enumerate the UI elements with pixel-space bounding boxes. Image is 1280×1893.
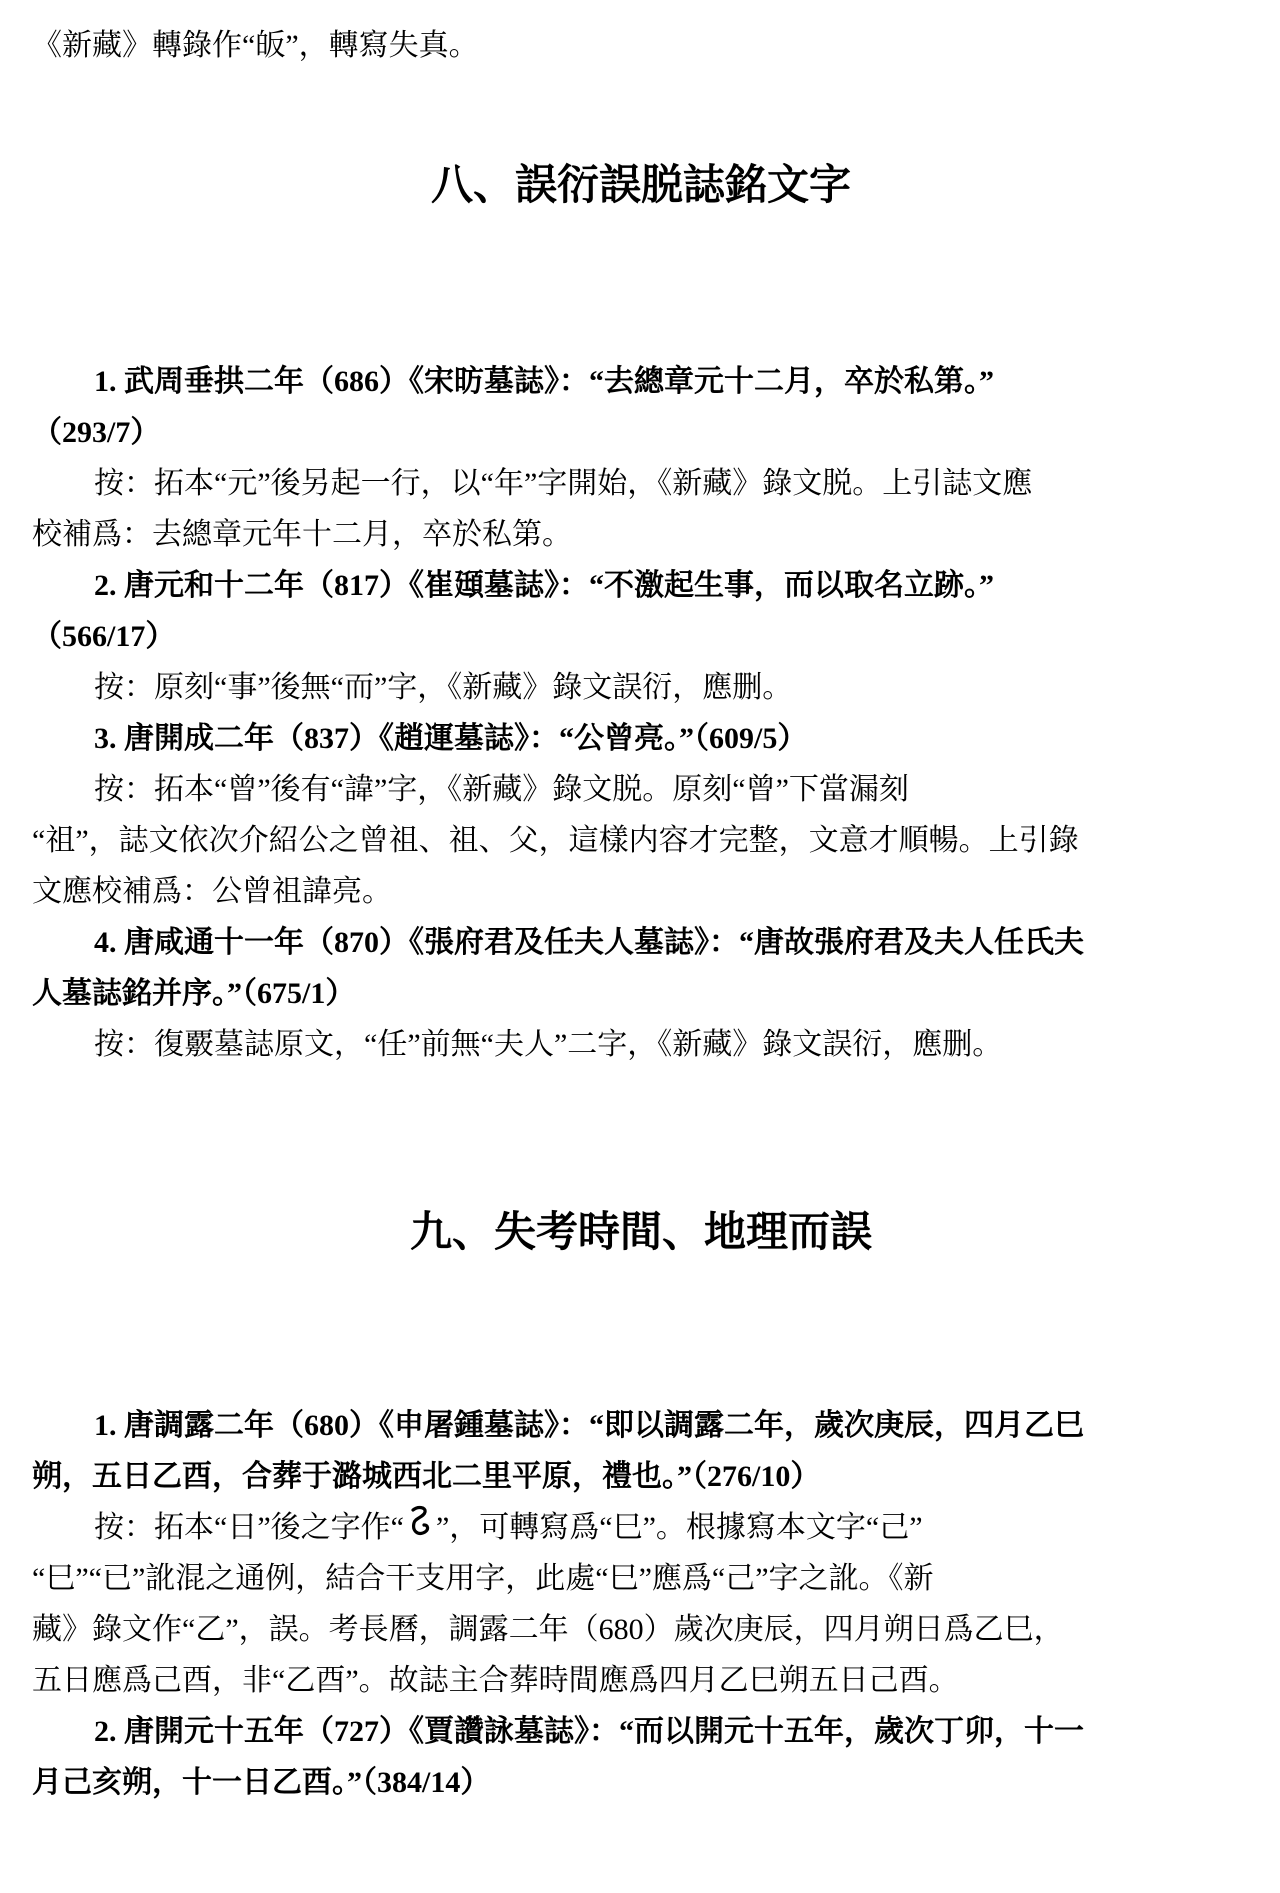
entry-4-note-paragraph: 按：復覈墓誌原文，“任”前無“夫人”二字，《新藏》錄文誤衍，應删。	[32, 1019, 1250, 1070]
text-line: 按：拓本“曾”後有“諱”字，《新藏》錄文脱。原刻“曾”下當漏刻	[32, 764, 1250, 815]
glyph-line-post: ”，可轉寫爲“巳”。根據寫本文字“己”	[436, 1511, 923, 1544]
text-line: 朔，五日乙酉，合葬于潞城西北二里平原，禮也。”（276/10）	[32, 1451, 1250, 1502]
section-9-heading: 九、失考時間、地理而誤	[32, 1207, 1250, 1260]
entry-1-note-paragraph: 按：拓本“元”後另起一行，以“年”字開始，《新藏》錄文脱。上引誌文應 校補爲：去…	[32, 458, 1250, 560]
glyph-line-pre: 按：拓本“日”後之字作“	[94, 1511, 404, 1544]
entry-3-note-paragraph: 按：拓本“曾”後有“諱”字，《新藏》錄文脱。原刻“曾”下當漏刻 “祖”，誌文依次…	[32, 764, 1250, 917]
text-line: 2. 唐開元十五年（727）《賈讚詠墓誌》：“而以開元十五年，歲次丁卯，十一	[32, 1706, 1250, 1757]
text-line: （566/17）	[32, 611, 1250, 662]
text-line: 3. 唐開成二年（837）《趙運墓誌》：“公曾亮。”（609/5）	[32, 713, 1250, 764]
text-line: “祖”，誌文依次介紹公之曾祖、祖、父，這樣内容才完整，文意才順暢。上引錄	[32, 815, 1250, 866]
entry-4-paragraph: 4. 唐咸通十一年（870）《張府君及任夫人墓誌》：“唐故張府君及夫人任氏夫 人…	[32, 917, 1250, 1019]
document-page: 《新藏》轉錄作“皈”，轉寫失真。 八、誤衍誤脱誌銘文字 1. 武周垂拱二年（68…	[0, 0, 1280, 1893]
text-line: 1. 武周垂拱二年（686）《宋昉墓誌》：“去總章元十二月，卒於私第。”	[32, 356, 1250, 407]
text-line: 4. 唐咸通十一年（870）《張府君及任夫人墓誌》：“唐故張府君及夫人任氏夫	[32, 917, 1250, 968]
entry-2-note-paragraph: 按：原刻“事”後無“而”字，《新藏》錄文誤衍，應删。	[32, 662, 1250, 713]
text-line: 校補爲：去總章元年十二月，卒於私第。	[32, 509, 1250, 560]
entry-2-paragraph: 2. 唐元和十二年（817）《崔頲墓誌》：“不激起生事，而以取名立跡。” （56…	[32, 560, 1250, 662]
section-8-heading: 八、誤衍誤脱誌銘文字	[32, 160, 1250, 213]
cursive-si-glyph	[404, 1504, 436, 1544]
entry-1-note-paragraph-sec9: 按：拓本“日”後之字作“”，可轉寫爲“巳”。根據寫本文字“己” “巳”“已”訛混…	[32, 1502, 1250, 1706]
entry-3-paragraph: 3. 唐開成二年（837）《趙運墓誌》：“公曾亮。”（609/5）	[32, 713, 1250, 764]
entry-2-paragraph-sec9: 2. 唐開元十五年（727）《賈讚詠墓誌》：“而以開元十五年，歲次丁卯，十一 月…	[32, 1706, 1250, 1808]
text-line: 藏》錄文作“乙”，誤。考長曆，調露二年（680）歲次庚辰，四月朔日爲乙巳，	[32, 1604, 1250, 1655]
intro-paragraph-line: 《新藏》轉錄作“皈”，轉寫失真。	[32, 20, 1250, 71]
entry-1-paragraph: 1. 武周垂拱二年（686）《宋昉墓誌》：“去總章元十二月，卒於私第。” （29…	[32, 356, 1250, 458]
text-line: 月己亥朔，十一日乙酉。”（384/14）	[32, 1757, 1250, 1808]
text-line: 按：拓本“元”後另起一行，以“年”字開始，《新藏》錄文脱。上引誌文應	[32, 458, 1250, 509]
glyph-text-line: 按：拓本“日”後之字作“”，可轉寫爲“巳”。根據寫本文字“己”	[32, 1502, 1250, 1553]
text-line: 2. 唐元和十二年（817）《崔頲墓誌》：“不激起生事，而以取名立跡。”	[32, 560, 1250, 611]
text-line: 文應校補爲：公曾祖諱亮。	[32, 866, 1250, 917]
text-line: 1. 唐調露二年（680）《申屠鍾墓誌》：“即以調露二年，歲次庚辰，四月乙巳	[32, 1400, 1250, 1451]
text-line: （293/7）	[32, 407, 1250, 458]
entry-1-paragraph-sec9: 1. 唐調露二年（680）《申屠鍾墓誌》：“即以調露二年，歲次庚辰，四月乙巳 朔…	[32, 1400, 1250, 1502]
text-line: 人墓誌銘并序。”（675/1）	[32, 968, 1250, 1019]
text-line: 按：復覈墓誌原文，“任”前無“夫人”二字，《新藏》錄文誤衍，應删。	[32, 1019, 1250, 1070]
text-line: 按：原刻“事”後無“而”字，《新藏》錄文誤衍，應删。	[32, 662, 1250, 713]
text-line: 五日應爲己酉，非“乙酉”。故誌主合葬時間應爲四月乙巳朔五日己酉。	[32, 1655, 1250, 1706]
text-line: “巳”“已”訛混之通例，結合干支用字，此處“巳”應爲“己”字之訛。《新	[32, 1553, 1250, 1604]
